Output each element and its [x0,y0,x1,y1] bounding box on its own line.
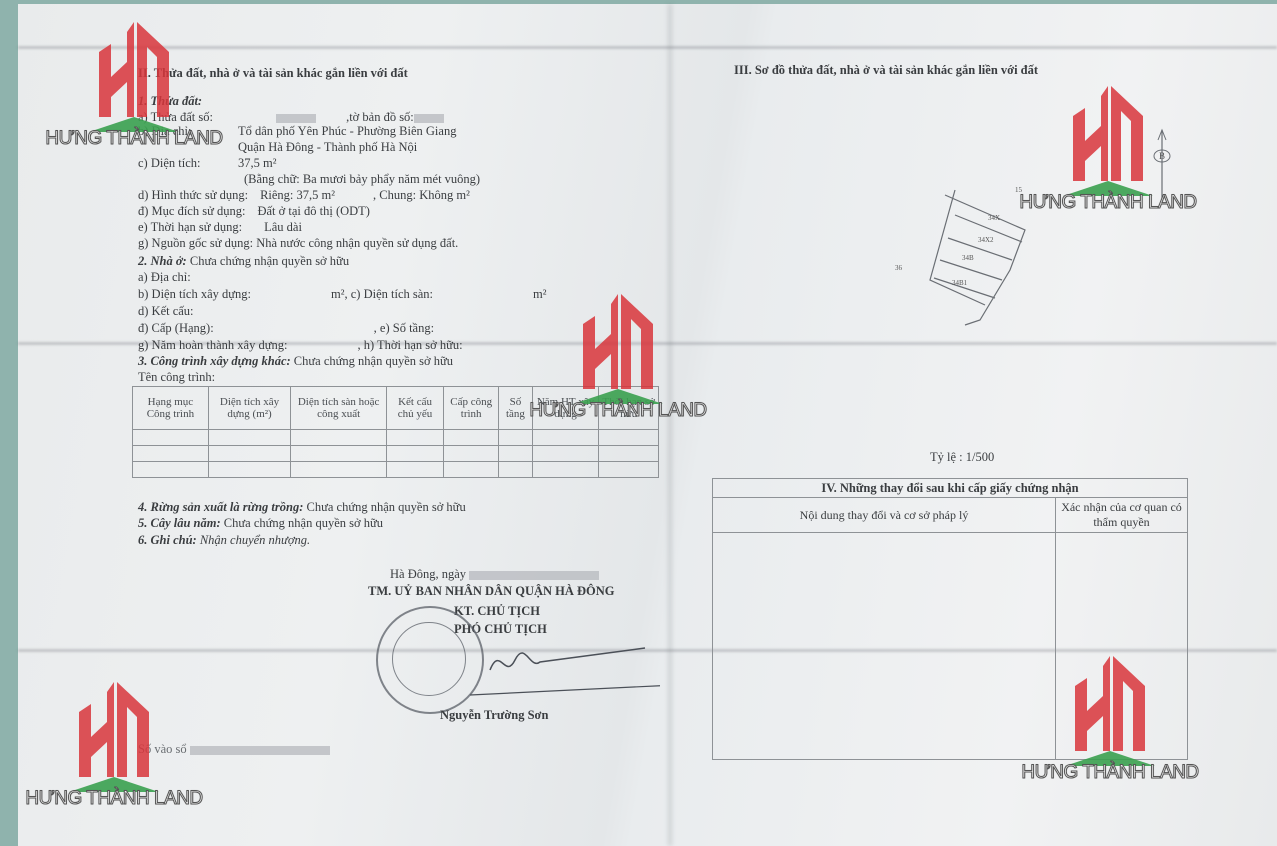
land-address-line2: Quận Hà Đông - Thành phố Hà Nội [238,140,417,155]
table-row [133,430,659,446]
official-seal [376,606,484,714]
watermark-logo: HƯNG THÀNH LAND [1008,86,1208,214]
table-header-cell: Hạng mục Công trình [133,387,209,430]
house-structure: d) Kết cấu: [138,304,194,319]
watermark-brand: HƯNG THÀNH LAND [1008,192,1208,214]
house-build-area: b) Diện tích xây dựng:m², c) Diện tích s… [138,287,547,302]
map-label: 34B [962,254,974,262]
changes-title: IV. Những thay đổi sau khi cấp giấy chứn… [713,479,1187,498]
map-label: 34X2 [978,236,994,244]
house-address: a) Địa chỉ: [138,270,191,285]
ht-logo-icon [1065,656,1155,766]
house-heading: 2. Nhà ở: Chưa chứng nhận quyền sở hữu [138,254,349,269]
forest-line: 4. Rừng sản xuất là rừng trồng: Chưa chứ… [138,500,466,515]
other-works-name-label: Tên công trình: [138,370,215,385]
signature-scribble [470,640,660,700]
other-works-heading: 3. Công trình xây dựng khác: Chưa chứng … [138,354,453,369]
watermark-brand: HƯNG THÀNH LAND [34,128,234,150]
map-label: 34B1 [952,279,968,287]
usage-form: d) Hình thức sử dụng:Riêng: 37,5 m², Chu… [138,188,470,203]
ht-logo-icon [573,294,663,404]
watermark-logo: HƯNG THÀNH LAND [518,294,718,422]
watermark-brand: HƯNG THÀNH LAND [14,788,214,810]
watermark-logo: HƯNG THÀNH LAND [1010,656,1210,784]
ht-logo-icon [1063,86,1153,196]
watermark-brand: HƯNG THÀNH LAND [1010,762,1210,784]
watermark-logo: HƯNG THÀNH LAND [34,22,234,150]
ht-logo-icon [69,682,159,792]
usage-term: e) Thời hạn sử dụng:Lâu dài [138,220,302,235]
land-area: 37,5 m² [238,156,276,171]
land-area-label: c) Diện tích: [138,156,200,171]
watermark-logo: HƯNG THÀNH LAND [14,682,214,810]
table-row [133,446,659,462]
perennial-line: 5. Cây lâu năm: Chưa chứng nhận quyền sở… [138,516,383,531]
table-header-cell: Diện tích sàn hoặc công xuất [291,387,387,430]
land-address-line1: Tổ dân phố Yên Phúc - Phường Biên Giang [238,124,456,139]
watermark-brand: HƯNG THÀNH LAND [518,400,718,422]
signature-org: TM. UỶ BAN NHÂN DÂN QUẬN HÀ ĐÔNG [368,584,615,599]
table-header-cell: Kết cấu chủ yếu [387,387,444,430]
note-line: 6. Ghi chú: Nhận chuyển nhượng. [138,533,310,548]
table-header-cell: Cấp công trình [444,387,499,430]
signature-kt: KT. CHỦ TỊCH [454,604,540,619]
ht-logo-icon [89,22,179,132]
changes-col-confirmation: Xác nhận của cơ quan có thẩm quyền [1056,498,1187,532]
land-area-words: (Bằng chữ: Ba mươi bảy phẩy năm mét vuôn… [244,172,480,187]
table-header-cell: Diện tích xây dựng (m²) [208,387,290,430]
house-grade: đ) Cấp (Hạng):, e) Số tầng: [138,321,434,336]
map-label: 34X [988,214,1000,222]
map-label: 36 [895,264,903,272]
usage-origin: g) Nguồn gốc sử dụng: Nhà nước công nhận… [138,236,458,251]
table-row [133,462,659,478]
signature-place-date: Hà Đông, ngày [390,567,599,582]
changes-col-content: Nội dung thay đổi và cơ sở pháp lý [713,498,1056,532]
house-year: g) Năm hoàn thành xây dựng:, h) Thời hạn… [138,338,463,353]
paper-center-fold [668,4,672,846]
map-scale: Tỷ lệ : 1/500 [930,450,994,465]
signer-name: Nguyễn Trường Sơn [440,708,548,723]
usage-purpose: đ) Mục đích sử dụng:Đất ở tại đô thị (OD… [138,204,370,219]
section-iii-title: III. Sơ đồ thửa đất, nhà ở và tài sản kh… [734,63,1038,78]
